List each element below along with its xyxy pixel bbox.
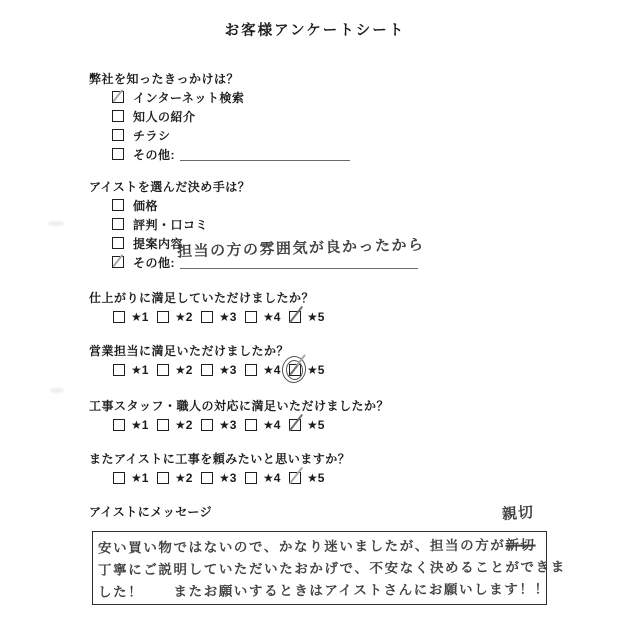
option-label: 知人の紹介 bbox=[133, 108, 196, 125]
rating-label: ★3 bbox=[219, 363, 236, 377]
message-line-2: 丁寧にご説明していただいたおかげで、不安なく決めることができま bbox=[98, 556, 546, 581]
rating-label: ★3 bbox=[219, 471, 236, 485]
question-header: 仕上がりに満足していただけましたか？ bbox=[89, 291, 333, 305]
rating-option-2: ★2 bbox=[157, 471, 201, 485]
rating-label: ★3 bbox=[219, 418, 236, 432]
checkbox-referral[interactable] bbox=[112, 110, 124, 122]
rating-checkbox-star5[interactable] bbox=[289, 419, 301, 431]
option-label: その他: bbox=[133, 254, 175, 271]
rating-checkbox-star3[interactable] bbox=[201, 311, 213, 323]
handwritten-check-mark bbox=[113, 254, 123, 267]
rating-label: ★5 bbox=[307, 471, 324, 485]
rating-option-5: ★5 bbox=[289, 471, 333, 485]
rating-option-4: ★4 bbox=[245, 471, 289, 485]
rating-checkbox-star5[interactable] bbox=[289, 364, 301, 376]
rating-label: ★2 bbox=[175, 418, 192, 432]
rating-checkbox-star5[interactable] bbox=[289, 472, 301, 484]
rating-row: ★1 ★2 ★3 ★4 ★5 bbox=[113, 471, 350, 485]
handwritten-correction-word: 親切 bbox=[501, 501, 534, 524]
option-other: その他: bbox=[112, 148, 350, 160]
checkbox-proposal[interactable] bbox=[112, 237, 124, 249]
rating-option-2: ★2 bbox=[157, 310, 201, 324]
question-sales-satisfaction: 営業担当に満足いただけましたか？ ★1 ★2 ★3 ★4 ★5 bbox=[89, 344, 333, 377]
rating-label: ★5 bbox=[307, 418, 324, 432]
rating-label: ★1 bbox=[131, 363, 148, 377]
question-header: またアイストに工事を頼みたいと思いますか？ bbox=[89, 452, 350, 466]
question-how-did-you-learn: 弊社を知ったきっかけは？ インターネット検索 知人の紹介 チラシ その他: bbox=[89, 72, 350, 167]
rating-label: ★1 bbox=[131, 418, 148, 432]
rating-checkbox-star2[interactable] bbox=[157, 472, 169, 484]
rating-checkbox-star4[interactable] bbox=[245, 472, 257, 484]
option-referral: 知人の紹介 bbox=[112, 110, 350, 122]
scan-smudge bbox=[50, 388, 64, 393]
rating-row: ★1 ★2 ★3 ★4 ★5 bbox=[113, 310, 333, 324]
rating-label: ★4 bbox=[263, 418, 280, 432]
scan-smudge bbox=[48, 221, 64, 226]
rating-option-4: ★4 bbox=[245, 310, 289, 324]
option-price: 価格 bbox=[112, 199, 418, 211]
message-line-3: した！ またお願いするときはアイストさんにお願いします！！ bbox=[98, 578, 546, 603]
option-label: チラシ bbox=[133, 127, 171, 144]
checkbox-price[interactable] bbox=[112, 199, 124, 211]
rating-label: ★4 bbox=[263, 310, 280, 324]
option-label: 評判・口コミ bbox=[133, 216, 208, 233]
rating-label: ★4 bbox=[263, 471, 280, 485]
rating-option-3: ★3 bbox=[201, 363, 245, 377]
handwritten-check-mark bbox=[289, 414, 303, 431]
option-internet-search: インターネット検索 bbox=[112, 91, 350, 103]
rating-option-1: ★1 bbox=[113, 471, 157, 485]
rating-checkbox-star2[interactable] bbox=[157, 311, 169, 323]
rating-option-2: ★2 bbox=[157, 418, 201, 432]
handwritten-check-mark bbox=[289, 306, 303, 323]
rating-checkbox-star3[interactable] bbox=[201, 472, 213, 484]
checkbox-internet-search[interactable] bbox=[112, 91, 124, 103]
message-section-label: アイストにメッセージ bbox=[89, 503, 212, 520]
rating-checkbox-star2[interactable] bbox=[157, 364, 169, 376]
rating-option-5: ★5 bbox=[289, 363, 333, 377]
rating-checkbox-star1[interactable] bbox=[113, 311, 125, 323]
rating-checkbox-star3[interactable] bbox=[201, 419, 213, 431]
question-deciding-factor: アイストを選んだ決め手は？ 価格 評判・口コミ 提案内容 その他: bbox=[89, 180, 418, 275]
rating-option-3: ★3 bbox=[201, 310, 245, 324]
checkbox-reputation[interactable] bbox=[112, 218, 124, 230]
question-staff-satisfaction: 工事スタッフ・職人の対応に満足いただけましたか？ ★1 ★2 ★3 ★4 ★5 bbox=[89, 399, 389, 432]
question-header: 弊社を知ったきっかけは？ bbox=[89, 72, 350, 86]
rating-label: ★2 bbox=[175, 310, 192, 324]
rating-checkbox-star1[interactable] bbox=[113, 472, 125, 484]
rating-option-3: ★3 bbox=[201, 471, 245, 485]
rating-checkbox-star5[interactable] bbox=[289, 311, 301, 323]
page-title: お客様アンケートシート bbox=[0, 19, 630, 40]
rating-label: ★2 bbox=[175, 471, 192, 485]
option-label: 価格 bbox=[133, 197, 158, 214]
rating-label: ★2 bbox=[175, 363, 192, 377]
option-label: その他: bbox=[133, 146, 175, 163]
rating-checkbox-star4[interactable] bbox=[245, 311, 257, 323]
rating-option-4: ★4 bbox=[245, 418, 289, 432]
handwritten-check-mark bbox=[289, 467, 303, 484]
rating-option-1: ★1 bbox=[113, 310, 157, 324]
handwritten-check-mark bbox=[113, 89, 123, 102]
rating-checkbox-star2[interactable] bbox=[157, 419, 169, 431]
rating-label: ★5 bbox=[307, 363, 324, 377]
rating-row: ★1 ★2 ★3 ★4 ★5 bbox=[113, 363, 333, 377]
question-header: アイストを選んだ決め手は？ bbox=[89, 180, 418, 194]
checkbox-other-q2[interactable] bbox=[112, 256, 124, 268]
message-box[interactable]: 安い買い物ではないので、かなり迷いましたが、担当の方が新切 丁寧にご説明していた… bbox=[92, 531, 547, 605]
option-reputation: 評判・口コミ bbox=[112, 218, 418, 230]
rating-checkbox-star4[interactable] bbox=[245, 364, 257, 376]
message-line-1-text: 安い買い物ではないので、かなり迷いましたが、担当の方が bbox=[98, 538, 506, 556]
question-repeat-business: またアイストに工事を頼みたいと思いますか？ ★1 ★2 ★3 ★4 ★5 bbox=[89, 452, 350, 485]
rating-option-5: ★5 bbox=[289, 418, 333, 432]
rating-label: ★3 bbox=[219, 310, 236, 324]
question-header: 工事スタッフ・職人の対応に満足いただけましたか？ bbox=[89, 399, 389, 413]
rating-label: ★1 bbox=[131, 471, 148, 485]
option-label: インターネット検索 bbox=[133, 89, 244, 106]
rating-option-1: ★1 bbox=[113, 363, 157, 377]
question-finish-satisfaction: 仕上がりに満足していただけましたか？ ★1 ★2 ★3 ★4 ★5 bbox=[89, 291, 333, 324]
rating-label: ★1 bbox=[131, 310, 148, 324]
write-in-line-q1[interactable] bbox=[180, 148, 350, 161]
rating-row: ★1 ★2 ★3 ★4 ★5 bbox=[113, 418, 389, 432]
rating-label: ★5 bbox=[307, 310, 324, 324]
message-struck-word: 新切 bbox=[505, 538, 535, 553]
rating-checkbox-star1[interactable] bbox=[113, 364, 125, 376]
rating-checkbox-star3[interactable] bbox=[201, 364, 213, 376]
rating-option-1: ★1 bbox=[113, 418, 157, 432]
rating-label: ★4 bbox=[263, 363, 280, 377]
checkbox-other-q1[interactable] bbox=[112, 148, 124, 160]
message-line-1: 安い買い物ではないので、かなり迷いましたが、担当の方が新切 bbox=[98, 534, 546, 559]
option-label: 提案内容 bbox=[133, 235, 183, 252]
survey-sheet-page: お客様アンケートシート 弊社を知ったきっかけは？ インターネット検索 知人の紹介… bbox=[0, 0, 630, 630]
option-flyer: チラシ bbox=[112, 129, 350, 141]
checkbox-flyer[interactable] bbox=[112, 129, 124, 141]
rating-option-3: ★3 bbox=[201, 418, 245, 432]
rating-checkbox-star4[interactable] bbox=[245, 419, 257, 431]
rating-option-5: ★5 bbox=[289, 310, 333, 324]
rating-checkbox-star1[interactable] bbox=[113, 419, 125, 431]
rating-option-2: ★2 bbox=[157, 363, 201, 377]
